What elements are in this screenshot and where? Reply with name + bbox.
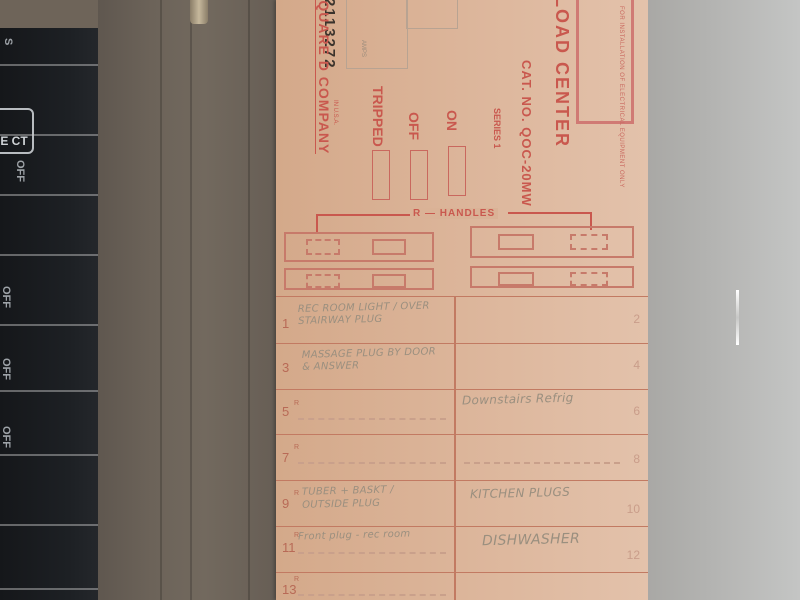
breaker-slot-divider bbox=[0, 254, 98, 256]
handle-diagram-left-top bbox=[284, 232, 434, 262]
r-marker: R bbox=[294, 576, 299, 583]
panel-directory-label: 2113272 IN U.S.A. SQUARE D COMPANY TRIPP… bbox=[276, 0, 648, 600]
circuit-number: 1 bbox=[282, 316, 289, 331]
made-in-text: IN U.S.A. bbox=[332, 100, 338, 125]
directory-row-line bbox=[276, 296, 648, 297]
frame-groove bbox=[160, 0, 162, 600]
circuit-entry-9: TUBER + BASKT / OUTSIDE PLUG bbox=[302, 482, 443, 512]
breaker-panel: E CT S OFF OFF OFF OFF bbox=[0, 28, 98, 600]
handles-leader-line bbox=[508, 212, 592, 214]
handle-slot-dashed bbox=[306, 274, 340, 288]
directory-row-line bbox=[276, 526, 648, 527]
series-text: SERIES 1 bbox=[492, 108, 502, 149]
panel-door-frame bbox=[98, 0, 276, 600]
circuit-number: 6 bbox=[633, 404, 640, 418]
tripped-pictogram bbox=[372, 150, 390, 200]
r-marker: R bbox=[294, 490, 299, 497]
handle-slot-dashed bbox=[570, 272, 608, 286]
blank-entry-line bbox=[298, 552, 446, 554]
breaker-slot-divider bbox=[0, 134, 98, 136]
breaker-slot-divider bbox=[0, 324, 98, 326]
blank-entry-line bbox=[298, 462, 446, 464]
handle-diagram-right-bottom bbox=[470, 266, 634, 288]
breaker-slot-divider bbox=[0, 454, 98, 456]
off-pictogram bbox=[410, 150, 428, 200]
handle-diagram-left-bottom bbox=[284, 268, 434, 290]
directory-row-line bbox=[276, 343, 648, 344]
blank-entry-line bbox=[298, 418, 446, 420]
handles-leader-line bbox=[316, 214, 410, 216]
circuit-number: 2 bbox=[633, 312, 640, 326]
warning-text: FOR INSTALLATION OF ELECTRICAL EQUIPMENT… bbox=[617, 6, 625, 188]
handle-slot bbox=[498, 234, 534, 250]
breaker-slot-divider bbox=[0, 64, 98, 66]
disconnect-badge: E CT bbox=[0, 108, 34, 154]
handle-slot bbox=[372, 274, 406, 288]
r-marker: R bbox=[294, 444, 299, 451]
rating-box bbox=[406, 0, 458, 29]
wall bbox=[648, 0, 800, 600]
off-state: OFF bbox=[406, 112, 422, 140]
circuit-entry-11: Front plug - rec room bbox=[298, 529, 411, 543]
breaker-label: S bbox=[2, 38, 14, 45]
breaker-slot-divider bbox=[0, 194, 98, 196]
breaker-slot-divider bbox=[0, 588, 98, 590]
warning-box: FOR INSTALLATION OF ELECTRICAL EQUIPMENT… bbox=[576, 0, 634, 124]
directory-row-line bbox=[276, 434, 648, 435]
handle-diagram-right-top bbox=[470, 226, 634, 258]
breaker-label: OFF bbox=[0, 286, 12, 308]
directory-row-line bbox=[276, 480, 648, 481]
product-title: LOAD CENTER bbox=[551, 0, 572, 148]
circuit-entry-1: REC ROOM LIGHT / OVER STAIRWAY PLUG bbox=[298, 300, 449, 328]
circuit-number: 12 bbox=[627, 548, 640, 562]
circuit-number: 9 bbox=[282, 496, 289, 511]
circuit-number: 8 bbox=[633, 452, 640, 466]
circuit-entry-12: DISHWASHER bbox=[482, 531, 580, 550]
catalog-number: CAT. NO. QOC-20MW bbox=[519, 60, 534, 207]
handles-leader-line bbox=[316, 214, 318, 232]
directory-row-line bbox=[276, 389, 648, 390]
frame-groove bbox=[190, 0, 192, 600]
breaker-slot-divider bbox=[0, 524, 98, 526]
handle-slot-dashed bbox=[306, 239, 340, 255]
circuit-number: 13 bbox=[282, 582, 296, 597]
electrical-panel-photo: E CT S OFF OFF OFF OFF 2113272 IN U.S.A.… bbox=[0, 0, 800, 600]
light-glint bbox=[736, 290, 739, 345]
circuit-number: 4 bbox=[633, 358, 640, 372]
mounting-bolt bbox=[190, 0, 208, 24]
handle-slot bbox=[498, 272, 534, 286]
circuit-number: 7 bbox=[282, 450, 289, 465]
circuit-entry-3: MASSAGE PLUG BY DOOR & ANSWER bbox=[302, 346, 443, 374]
directory-column-divider bbox=[454, 296, 456, 600]
tripped-state: TRIPPED bbox=[370, 86, 386, 147]
handles-caption: R — HANDLES bbox=[410, 208, 498, 219]
r-marker: R bbox=[294, 400, 299, 407]
blank-entry-line bbox=[298, 594, 446, 596]
circuit-number: 5 bbox=[282, 404, 289, 419]
circuit-entry-6: Downstairs Refrig bbox=[462, 391, 574, 408]
manufacturer-name: SQUARE D COMPANY bbox=[315, 0, 332, 154]
on-pictogram bbox=[448, 146, 466, 196]
breaker-label: OFF bbox=[0, 426, 12, 448]
blank-entry-line bbox=[464, 462, 620, 464]
handle-slot-dashed bbox=[570, 234, 608, 250]
circuit-number: 11 bbox=[282, 540, 296, 555]
breaker-label: OFF bbox=[14, 160, 26, 182]
handle-slot bbox=[372, 239, 406, 255]
on-state: ON bbox=[444, 110, 460, 131]
circuit-entry-10: KITCHEN PLUGS bbox=[470, 485, 570, 502]
disconnect-badge-text: E CT bbox=[0, 134, 27, 148]
circuit-number: 3 bbox=[282, 360, 289, 375]
breaker-slot-divider bbox=[0, 390, 98, 392]
amp-rating-box bbox=[346, 0, 408, 69]
directory-row-line bbox=[276, 572, 648, 573]
circuit-number: 10 bbox=[627, 502, 640, 516]
frame-groove bbox=[248, 0, 250, 600]
breaker-label: OFF bbox=[0, 358, 12, 380]
